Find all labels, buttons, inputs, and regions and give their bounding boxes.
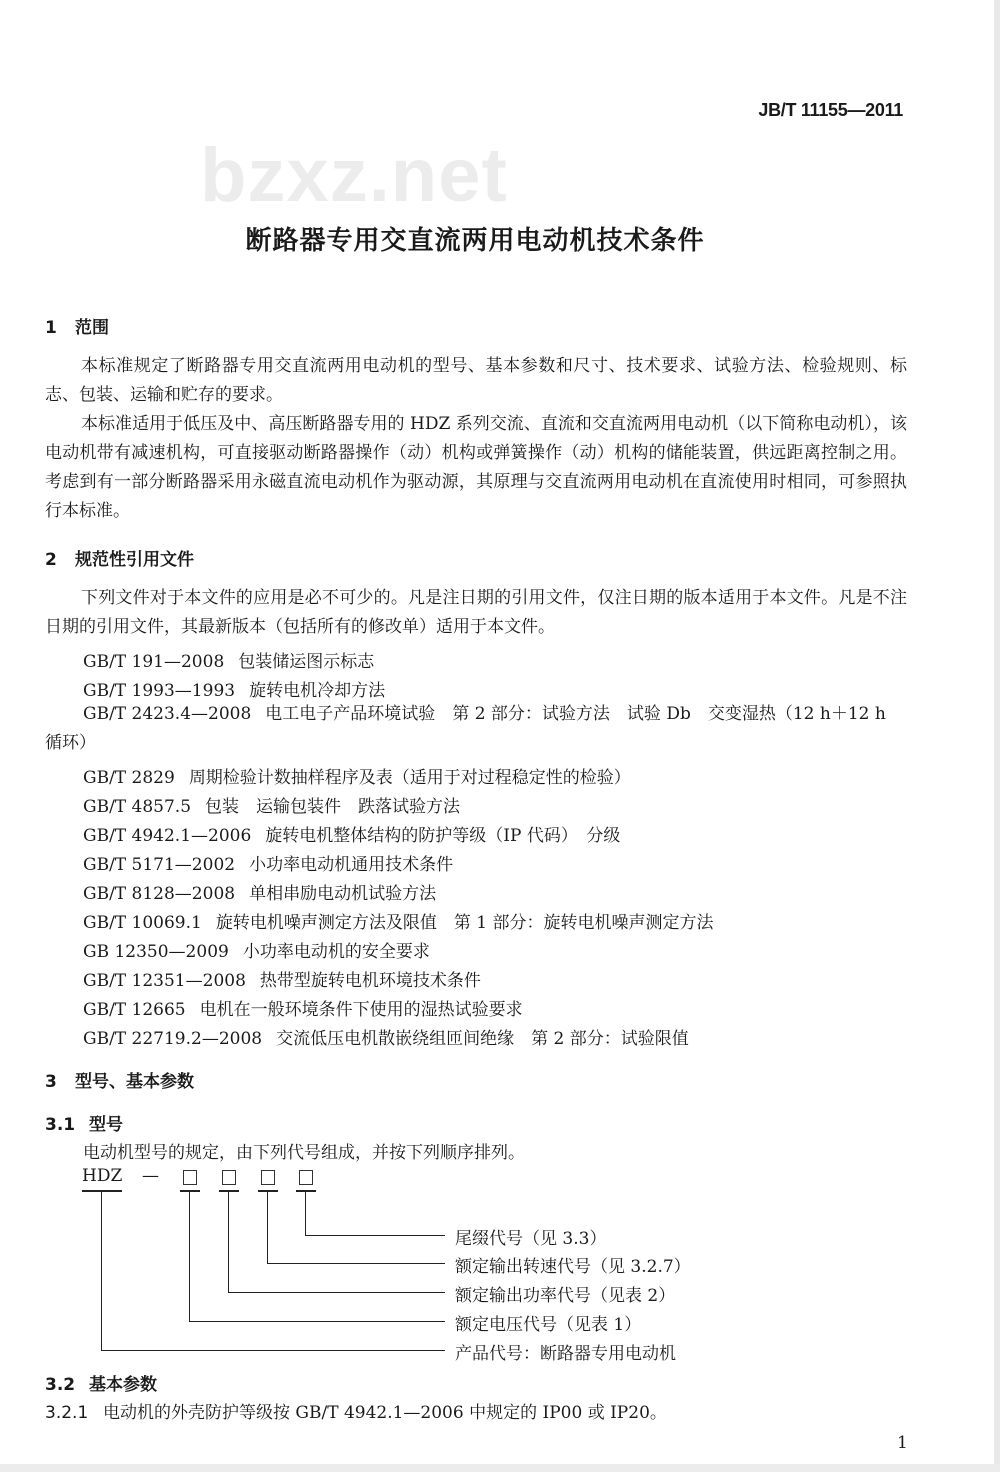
section-title: 型号 (89, 1115, 123, 1135)
reference-item: GB/T 12665电机在一般环境条件下使用的湿热试验要求 (83, 995, 523, 1020)
page-edge-right (994, 0, 1000, 1472)
diagram-line (219, 1190, 239, 1192)
reference-item: GB/T 10069.1旋转电机噪声测定方法及限值 第 1 部分：旋转电机噪声测… (83, 908, 713, 933)
placeholder-box (299, 1170, 313, 1185)
diagram-line (180, 1190, 200, 1192)
watermark: bzxz.net (200, 132, 508, 219)
section-number: 3.1 (45, 1115, 89, 1135)
reference-item: GB/T 2829周期检验计数抽样程序及表（适用于对过程稳定性的检验） (83, 763, 631, 788)
clause-text: 电动机的外壳防护等级按 GB/T 4942.1—2006 中规定的 IP00 或… (103, 1403, 667, 1423)
section-2-heading: 2规范性引用文件 (45, 545, 194, 570)
diagram-label: 额定输出转速代号（见 3.2.7） (455, 1252, 691, 1277)
section-2-intro: 下列文件对于本文件的应用是必不可少的。凡是注日期的引用文件，仅注日期的版本适用于… (45, 584, 907, 642)
reference-item: GB 12350—2009小功率电动机的安全要求 (83, 937, 430, 962)
diagram-line (228, 1292, 445, 1293)
section-3-1-heading: 3.1型号 (45, 1110, 123, 1135)
diagram-line (101, 1191, 102, 1350)
diagram-line (189, 1321, 445, 1322)
reference-item: GB/T 22719.2—2008交流低压电机散嵌绕组匝间绝缘 第 2 部分：试… (83, 1024, 689, 1049)
placeholder-box (183, 1170, 197, 1185)
clause-3-2-1: 3.2.1电动机的外壳防护等级按 GB/T 4942.1—2006 中规定的 I… (45, 1398, 667, 1423)
section-number: 1 (45, 318, 75, 338)
reference-item: GB/T 8128—2008单相串励电动机试验方法 (83, 879, 436, 904)
diagram-line (305, 1235, 445, 1236)
reference-item: GB/T 4942.1—2006旋转电机整体结构的防护等级（IP 代码） 分级 (83, 821, 620, 846)
diagram-line (267, 1263, 445, 1264)
section-3-2-heading: 3.2基本参数 (45, 1370, 157, 1395)
model-dash: — (142, 1166, 159, 1186)
placeholder-box (222, 1170, 236, 1185)
diagram-line (296, 1190, 316, 1192)
reference-item: GB/T 5171—2002小功率电动机通用技术条件 (83, 850, 453, 875)
reference-item: GB/T 1993—1993旋转电机冷却方法 (83, 676, 385, 701)
diagram-label: 额定输出功率代号（见表 2） (455, 1281, 675, 1306)
section-number: 3 (45, 1072, 75, 1092)
section-number: 3.2 (45, 1375, 89, 1395)
diagram-line (189, 1191, 190, 1321)
page-edge-bottom (0, 1464, 1000, 1472)
clause-number: 3.2.1 (45, 1403, 103, 1423)
placeholder-box (261, 1170, 275, 1185)
standard-code: JB/T 11155—2011 (740, 100, 903, 121)
model-prefix: HDZ (82, 1166, 122, 1186)
diagram-label: 额定电压代号（见表 1） (455, 1310, 641, 1335)
reference-item: GB/T 2423.4—2008电工电子产品环境试验 第 2 部分：试验方法 试… (45, 700, 907, 758)
diagram-line (101, 1350, 445, 1351)
section-1-heading: 1范围 (45, 313, 109, 338)
section-title: 型号、基本参数 (75, 1072, 194, 1092)
reference-item: GB/T 191—2008包装储运图示标志 (83, 647, 374, 672)
diagram-line (82, 1190, 122, 1192)
diagram-line (267, 1191, 268, 1263)
section-1-paragraph: 本标准规定了断路器专用交直流两用电动机的型号、基本参数和尺寸、技术要求、试验方法… (45, 352, 907, 410)
section-title: 基本参数 (89, 1375, 157, 1395)
section-3-1-text: 电动机型号的规定，由下列代号组成，并按下列顺序排列。 (83, 1138, 525, 1163)
document-title: 断路器专用交直流两用电动机技术条件 (0, 220, 950, 257)
diagram-line (258, 1190, 278, 1192)
diagram-line (305, 1191, 306, 1235)
section-3-heading: 3型号、基本参数 (45, 1067, 194, 1092)
reference-item: GB/T 12351—2008热带型旋转电机环境技术条件 (83, 966, 481, 991)
section-title: 规范性引用文件 (75, 550, 194, 570)
section-title: 范围 (75, 318, 109, 338)
diagram-label: 尾缀代号（见 3.3） (455, 1224, 606, 1249)
page-number: 1 (897, 1433, 908, 1453)
reference-item: GB/T 4857.5包装 运输包装件 跌落试验方法 (83, 792, 460, 817)
section-1-paragraph: 本标准适用于低压及中、高压断路器专用的 HDZ 系列交流、直流和交直流两用电动机… (45, 410, 907, 526)
diagram-line (228, 1191, 229, 1292)
section-number: 2 (45, 550, 75, 570)
diagram-label: 产品代号：断路器专用电动机 (455, 1339, 676, 1364)
